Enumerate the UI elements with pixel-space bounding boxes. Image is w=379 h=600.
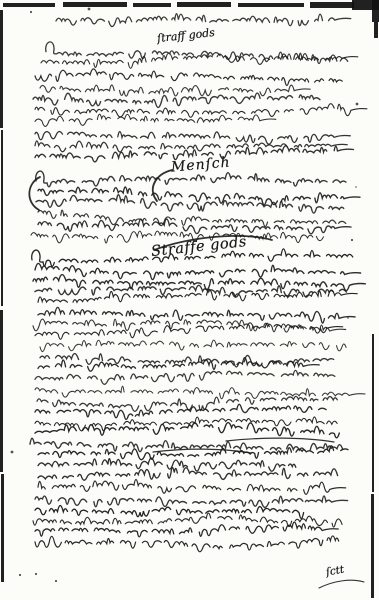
photo-edge-top — [238, 3, 304, 7]
handwritten-line — [35, 263, 361, 279]
ink-flourish — [319, 580, 364, 588]
ink-speck — [351, 239, 353, 241]
handwritten-line — [35, 386, 365, 399]
ink-flourish — [153, 170, 172, 201]
ink-speck — [88, 8, 91, 11]
photo-edge-right — [372, 334, 374, 492]
handwritten-line — [40, 354, 334, 367]
handwritten-line — [41, 53, 358, 68]
handwritten-line — [38, 468, 338, 481]
photo-edge-top — [177, 2, 231, 7]
ink-speck — [35, 573, 37, 575]
ink-flourish — [153, 449, 251, 453]
photo-edge-right — [371, 494, 374, 598]
manuscript-ink-layer — [0, 0, 379, 600]
handwritten-line — [35, 114, 276, 126]
handwritten-line — [35, 69, 342, 86]
handwritten-line — [35, 370, 335, 384]
ink-speck — [347, 317, 349, 319]
photo-edge-left — [1, 130, 3, 306]
handwritten-line — [56, 14, 351, 27]
ink-speck — [55, 580, 57, 582]
handwritten-line — [38, 210, 346, 226]
ink-speck — [206, 55, 209, 58]
ink-speck — [19, 574, 21, 576]
photo-edge-top — [63, 2, 127, 7]
handwritten-line — [35, 536, 339, 552]
manuscript-scan-page: ſtraff gods Menſch Straffe gods ſctt — [0, 0, 379, 600]
ink-speck — [356, 103, 359, 106]
handwritten-line — [35, 417, 337, 431]
handwritten-line — [38, 358, 319, 372]
handwritten-line — [40, 85, 310, 96]
handwritten-line — [40, 340, 346, 351]
handwritten-line — [35, 131, 350, 144]
handwritten-line — [35, 496, 348, 507]
handwritten-line — [35, 285, 346, 297]
ink-speck — [11, 451, 14, 454]
photo-edge-top — [310, 2, 354, 8]
photo-edge-left — [0, 310, 3, 472]
handwritten-line — [38, 458, 296, 471]
photo-edge-top-right-corner — [374, 22, 378, 38]
ink-flourish — [29, 177, 40, 210]
handwritten-line — [35, 104, 367, 118]
photo-edge-left — [1, 474, 4, 582]
handwritten-line — [38, 479, 346, 494]
photo-edge-top-right-corner — [372, 0, 379, 22]
handwritten-line — [33, 275, 365, 291]
photo-edge-left — [0, 10, 3, 128]
handwritten-line — [38, 187, 360, 205]
handwritten-line — [35, 323, 343, 339]
ink-speck — [355, 186, 357, 188]
handwritten-line — [38, 289, 357, 302]
photo-edge-top — [133, 3, 171, 7]
ink-flourish — [226, 438, 334, 442]
ink-speck — [30, 11, 32, 13]
photo-edge-top — [3, 3, 55, 7]
handwritten-line — [35, 141, 347, 152]
handwritten-line — [46, 42, 348, 64]
